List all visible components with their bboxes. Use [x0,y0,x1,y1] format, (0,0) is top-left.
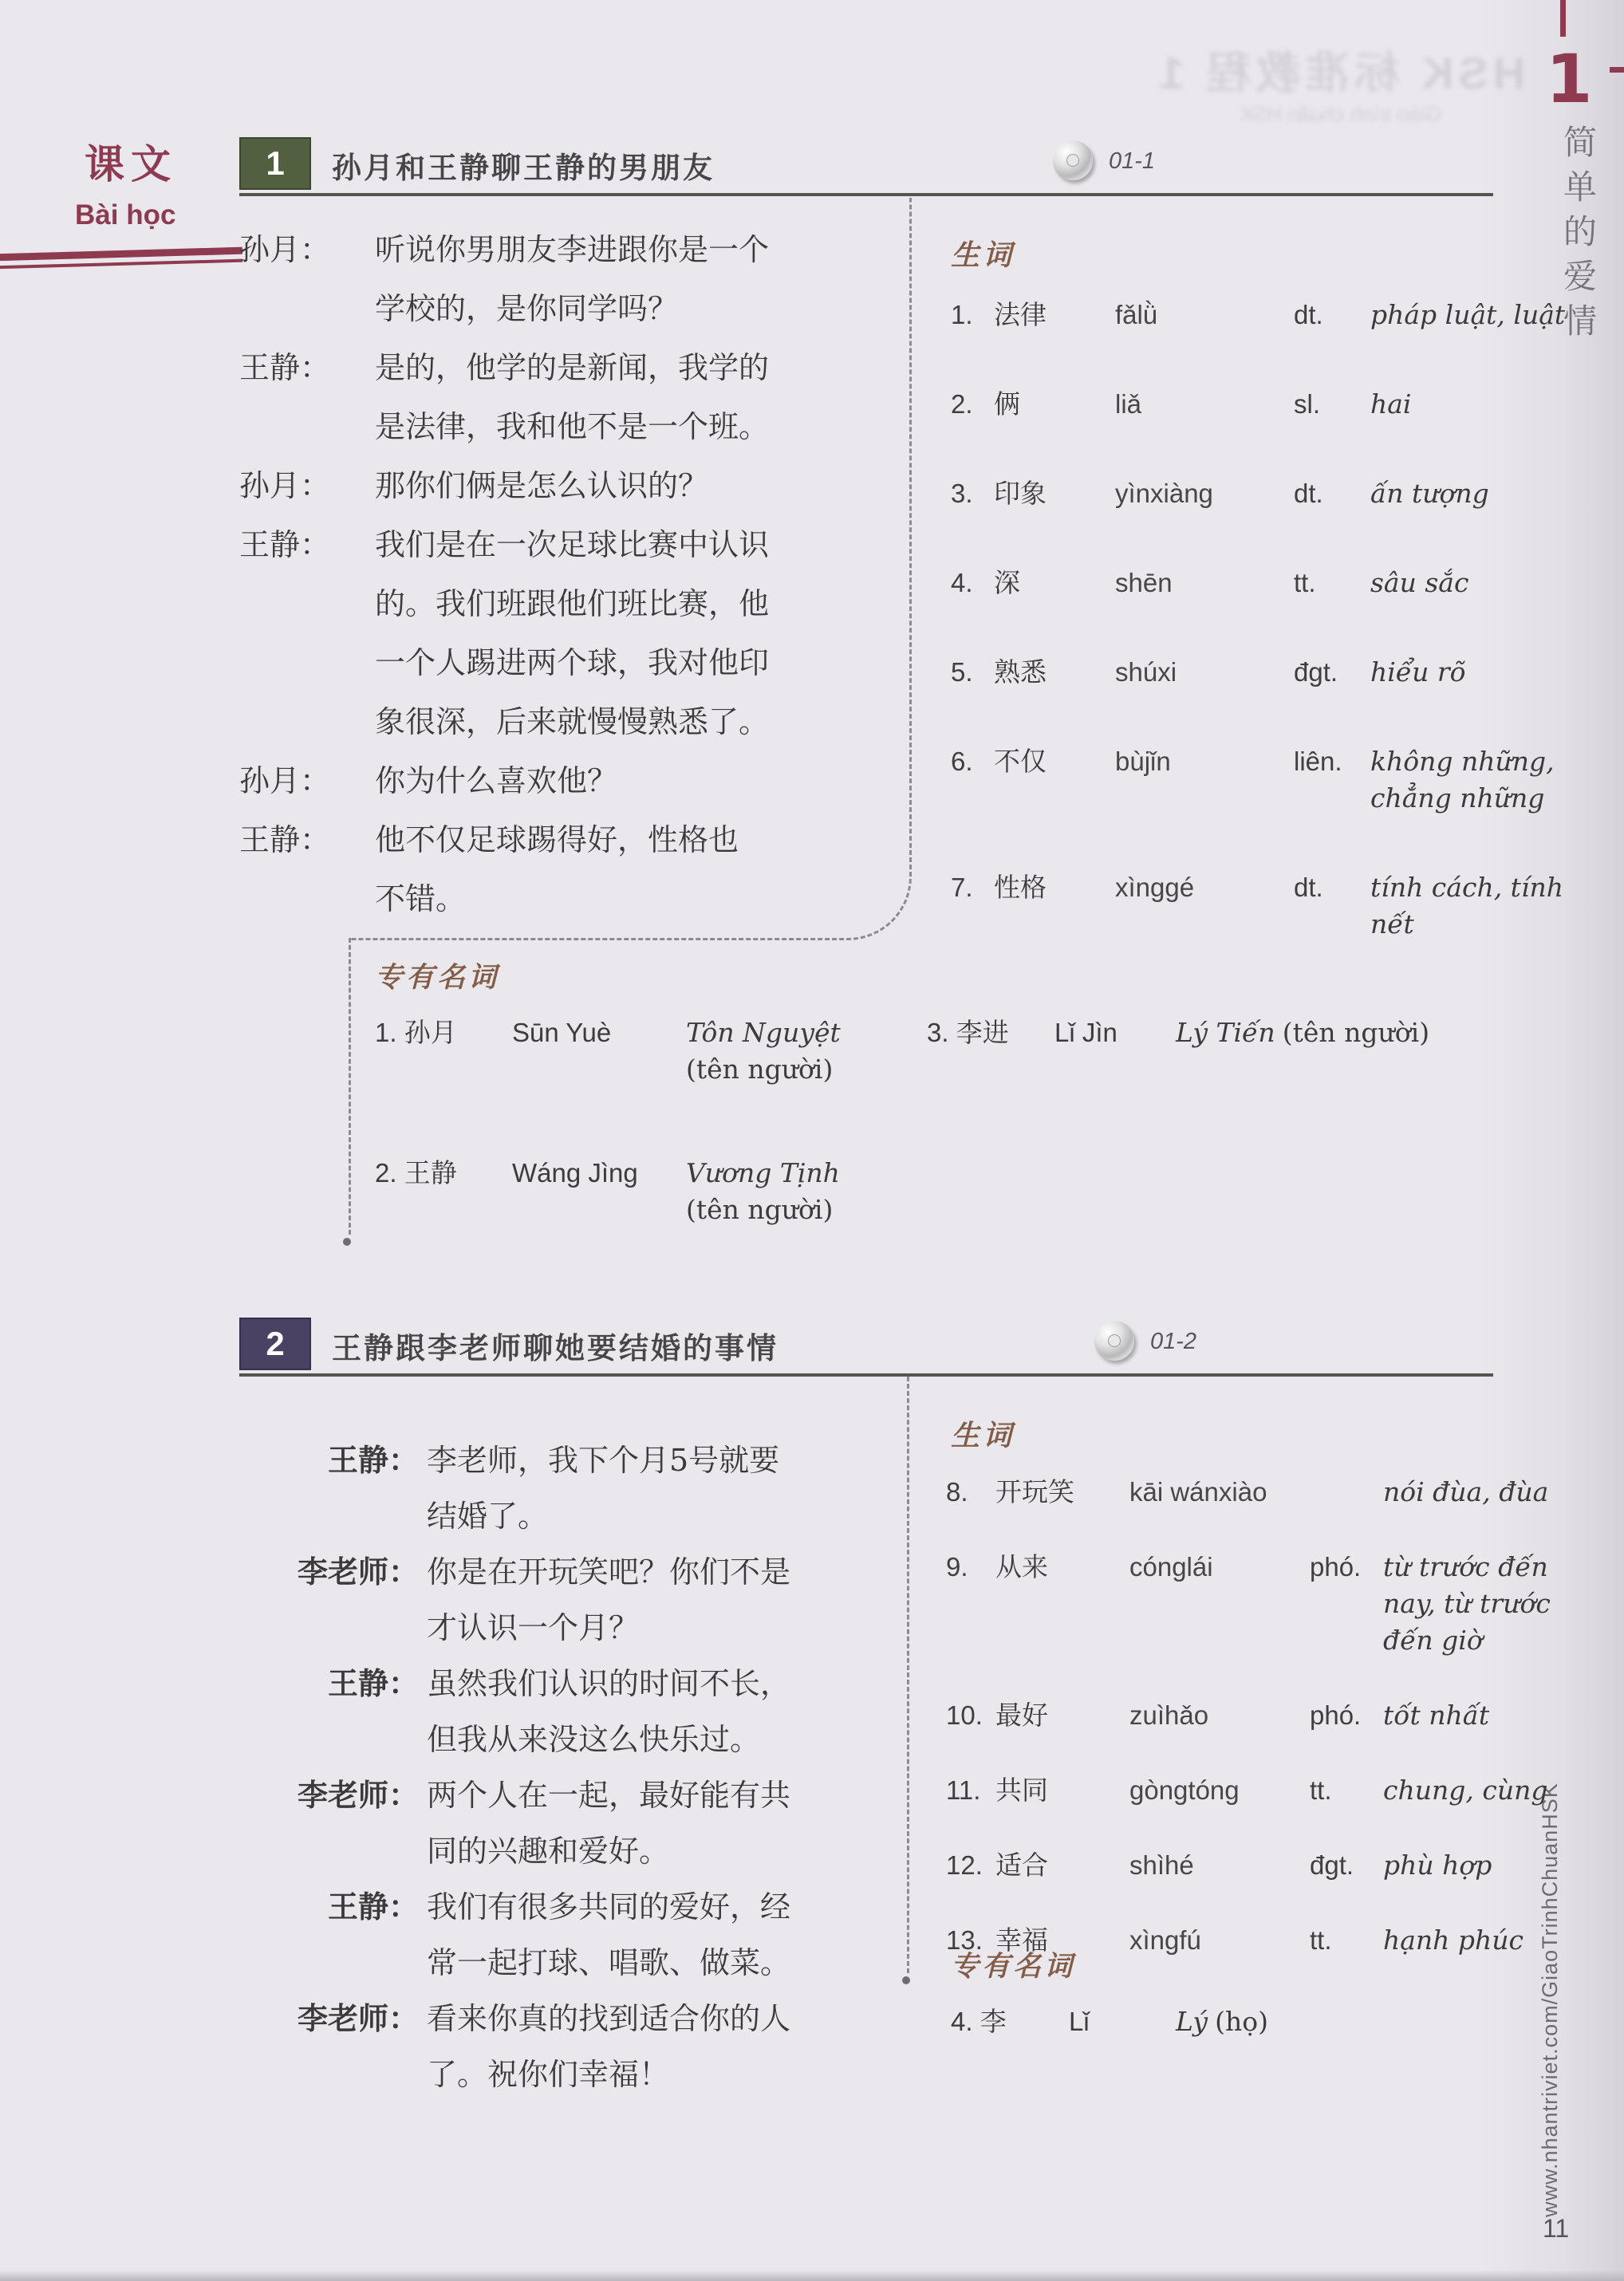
vocab-pinyin: cónglái [1129,1549,1310,1586]
dialogue-text: 你为什么喜欢他？ [367,751,890,810]
speaker-label: 王静： [239,810,367,928]
vocab-meaning: từ trước đến nay, từ trước đến giờ [1383,1549,1592,1659]
dashed-end-dot [902,1976,910,1984]
proper-pinyin: Lǐ [1069,2003,1176,2040]
proper-translation: Tôn Nguyệt (tên người) [686,1014,901,1088]
vocab-entry: 3.印象yìnxiàngdt.ấn tượng [951,475,1597,512]
margin-label-vietnamese: Bài học [75,199,175,231]
vocab-word: 印象 [994,475,1115,512]
proper-number-word: 3. 李进 [927,1014,1054,1051]
proper-viet-name: Lý [1176,2006,1208,2037]
dialogue-turn: 王静：我们有很多共同的爱好，经常一起打球、唱歌、做菜。 [223,1879,890,1991]
proper-list-2: 4. 李LǐLý (họ) [951,2003,1509,2107]
vocab-list-2: 8.开玩笑kāi wánxiàonói đùa, đùa9.从来cóngláip… [946,1474,1592,1997]
sidebar-tick-horizontal [1610,67,1624,73]
vocab-pos: tt. [1294,565,1370,601]
proper-note: (họ) [1215,2006,1268,2037]
vocab-number: 4. [951,565,994,601]
vocab-number: 3. [951,475,994,512]
vocab-meaning: phù hợp [1383,1847,1592,1884]
vocab-number: 1. [951,297,994,333]
dialogue-turn: 王静：是的，他学的是新闻，我学的是法律，我和他不是一个班。 [239,338,890,456]
vocab-word: 性格 [994,869,1115,906]
vocab-number: 8. [946,1474,995,1511]
margin-double-rule [0,247,242,270]
page-number: 11 [1543,2214,1569,2244]
vocab-pos: đgt. [1294,654,1370,691]
vocab-pinyin: xìnggé [1115,869,1294,906]
vocab-pinyin: fǎlǜ [1115,297,1294,333]
speaker-label: 孙月： [239,456,367,515]
dialogue-turn: 孙月：你为什么喜欢他？ [239,751,890,810]
margin-rule-thin [0,259,242,270]
vocab-pinyin: gòngtóng [1129,1772,1310,1809]
speaker-label: 李老师： [223,1544,419,1656]
dashed-border-proper-box [349,938,353,1235]
ghost-text-line1: HSK 标准教程 1 [1117,38,1563,102]
textbook-page: HSK 标准教程 1 Giáo trình chuẩn HSK 课文 Bài h… [0,0,1624,2281]
vocab-meaning: nói đùa, đùa [1383,1474,1592,1511]
sidebar-tick-vertical [1560,0,1566,37]
vocab-number: 2. [951,386,994,423]
section1-title: 孙月和王静聊王静的男朋友 [332,144,715,187]
vocab-meaning: ấn tượng [1370,475,1597,512]
vocab-entry: 2.俩liǎsl.hai [951,386,1597,423]
dialogue1: 孙月：听说你男朋友李进跟你是一个学校的，是你同学吗？王静：是的，他学的是新闻，我… [239,220,890,928]
vocab-word: 从来 [995,1549,1129,1586]
vocab-pos: liên. [1294,743,1370,780]
proper-list-1-col-a: 1. 孙月Sūn YuèTôn Nguyệt (tên người)2. 王静W… [375,1014,901,1295]
proper-pinyin: Sūn Yuè [512,1014,686,1051]
vocab-number: 11. [946,1772,995,1809]
section2-rule [239,1373,1493,1377]
dialogue-turn: 李老师：看来你真的找到适合你的人了。祝你们幸福！ [223,1991,890,2102]
vocab-pos: tt. [1310,1772,1383,1809]
lesson-number: 1 [1546,40,1592,118]
vocab-pos: dt. [1294,297,1370,333]
section1-number-box: 1 [239,137,311,190]
ghost-showthrough: HSK 标准教程 1 Giáo trình chuẩn HSK [1117,38,1563,127]
proper-noun-entry: 3. 李进Lǐ JìnLý Tiến (tên người) [927,1014,1501,1051]
vocab-word: 最好 [995,1697,1129,1734]
audio-track-label: 01-1 [1109,148,1155,175]
margin-label-chinese: 课文 [85,132,177,190]
section1-header: 1 孙月和王静聊王静的男朋友 01-1 [239,137,1493,188]
vocab-meaning: sâu sắc [1370,565,1597,601]
ghost-text-line2: Giáo trình chuẩn HSK [1117,102,1563,127]
vocab-pos: tt. [1310,1922,1383,1959]
dialogue-text: 李老师，我下个月5号就要结婚了。 [419,1432,890,1544]
vocab-number: 5. [951,654,994,691]
vocab-pos: phó. [1310,1697,1383,1734]
vocab-pinyin: yìnxiàng [1115,475,1294,512]
proper-heading-1: 专有名词 [375,955,499,995]
dialogue-text: 他不仅足球踢得好，性格也不错。 [367,810,890,928]
vocab-heading-1: 生词 [951,233,1015,274]
dialogue-text: 听说你男朋友李进跟你是一个学校的，是你同学吗？ [367,220,890,338]
section2-header: 2 王静跟李老师聊她要结婚的事情 01-2 [239,1318,1493,1369]
vocab-pinyin: liǎ [1115,386,1294,423]
dialogue-turn: 李老师：两个人在一起，最好能有共同的兴趣和爱好。 [223,1767,890,1879]
proper-translation: Lý Tiến (tên người) [1176,1014,1501,1051]
speaker-label: 李老师： [223,1991,419,2102]
vocab-pos: đgt. [1310,1847,1383,1884]
vocab-pinyin: bùjǐn [1115,743,1294,780]
speaker-label: 王静： [223,1656,419,1767]
vocab-pos: dt. [1294,475,1370,512]
vocab-number: 10. [946,1697,995,1734]
proper-list-1-col-b: 3. 李进Lǐ JìnLý Tiến (tên người) [927,1014,1501,1118]
proper-number-word: 2. 王静 [375,1155,512,1192]
proper-heading-2: 专有名词 [951,1944,1075,1984]
vocab-word: 熟悉 [994,654,1115,691]
vocab-entry: 7.性格xìnggédt.tính cách, tính nết [951,869,1597,943]
proper-note: (tên người) [686,1192,901,1228]
vocab-pos: dt. [1294,869,1370,906]
vocab-word: 开玩笑 [995,1474,1129,1511]
dialogue-turn: 孙月：听说你男朋友李进跟你是一个学校的，是你同学吗？ [239,220,890,338]
proper-viet-name: Lý Tiến [1176,1017,1275,1048]
vocab-word: 共同 [995,1772,1129,1809]
speaker-label: 王静： [239,515,367,751]
dashed-end-dot [343,1238,351,1246]
speaker-label: 孙月： [239,751,367,810]
proper-noun-entry: 1. 孙月Sūn YuèTôn Nguyệt (tên người) [375,1014,901,1088]
proper-translation: Lý (họ) [1176,2003,1509,2040]
dialogue-text: 看来你真的找到适合你的人了。祝你们幸福！ [419,1991,890,2102]
audio-track-label: 01-2 [1150,1329,1196,1355]
dialogue-text: 我们有很多共同的爱好，经常一起打球、唱歌、做菜。 [419,1879,890,1991]
dialogue-turn: 孙月：那你们俩是怎么认识的？ [239,456,890,515]
vocab-entry: 10.最好zuìhǎophó.tốt nhất [946,1697,1592,1734]
dialogue-text: 那你们俩是怎么认识的？ [367,456,890,515]
proper-note: (tên người) [1283,1017,1429,1048]
vocab-word: 不仅 [994,743,1115,780]
dashed-divider-section2 [907,1377,912,1973]
vocab-number: 6. [951,743,994,780]
vocab-entry: 1.法律fǎlǜdt.pháp luật, luật [951,297,1597,333]
proper-number-word: 1. 孙月 [375,1014,512,1051]
speaker-label: 孙月： [239,220,367,338]
vocab-entry: 9.从来cóngláiphó.từ trước đến nay, từ trướ… [946,1549,1592,1659]
proper-noun-entry: 2. 王静Wáng JìngVương Tịnh (tên người) [375,1155,901,1228]
vocab-pinyin: shúxi [1115,654,1294,691]
vocab-entry: 8.开玩笑kāi wánxiàonói đùa, đùa [946,1474,1592,1511]
proper-pinyin: Lǐ Jìn [1054,1014,1176,1051]
vocab-meaning: hiểu rõ [1370,654,1597,691]
proper-pinyin: Wáng Jìng [512,1155,686,1192]
page-bottom-edge [0,2270,1624,2281]
vocab-number: 12. [946,1847,995,1884]
dialogue-turn: 王静：虽然我们认识的时间不长，但我从来没这么快乐过。 [223,1656,890,1767]
section2-number-box: 2 [239,1318,311,1370]
dialogue-text: 我们是在一次足球比赛中认识的。我们班跟他们班比赛，他一个人踢进两个球，我对他印象… [367,515,890,751]
vocab-pinyin: xìngfú [1129,1922,1310,1959]
vocab-entry: 6.不仅bùjǐnliên.không những, chẳng những [951,743,1597,817]
dialogue-text: 是的，他学的是新闻，我学的是法律，我和他不是一个班。 [367,338,890,456]
margin-rule-thick [0,247,242,262]
dialogue-text: 你是在开玩笑吧？你们不是才认识一个月？ [419,1544,890,1656]
dialogue-text: 虽然我们认识的时间不长，但我从来没这么快乐过。 [419,1656,890,1767]
vocab-entry: 4.深shēntt.sâu sắc [951,565,1597,601]
vocab-number: 7. [951,869,994,906]
dialogue-turn: 王静：我们是在一次足球比赛中认识的。我们班跟他们班比赛，他一个人踢进两个球，我对… [239,515,890,751]
vocab-word: 深 [994,565,1115,601]
vocab-word: 适合 [995,1847,1129,1884]
speaker-label: 王静： [223,1879,419,1991]
dialogue-text: 两个人在一起，最好能有共同的兴趣和爱好。 [419,1767,890,1879]
vocab-meaning: pháp luật, luật [1370,297,1597,333]
dialogue-turn: 王静：李老师，我下个月5号就要结婚了。 [223,1432,890,1544]
proper-viet-name: Vương Tịnh [686,1157,840,1188]
vocab-meaning: không những, chẳng những [1370,743,1597,817]
vocab-number: 9. [946,1549,995,1586]
vocab-pinyin: shìhé [1129,1847,1310,1884]
vocab-pinyin: zuìhǎo [1129,1697,1310,1734]
vocab-word: 法律 [994,297,1115,333]
vocab-word: 俩 [994,386,1115,423]
section2-title: 王静跟李老师聊她要结婚的事情 [332,1324,778,1367]
proper-number-word: 4. 李 [951,2003,1069,2040]
speaker-label: 王静： [239,338,367,456]
vocab-entry: 11.共同gòngtóngtt.chung, cùng [946,1772,1592,1809]
proper-translation: Vương Tịnh (tên người) [686,1155,901,1228]
dialogue-turn: 王静：他不仅足球踢得好，性格也不错。 [239,810,890,928]
audio-cd-icon [1053,140,1093,180]
vocab-meaning: hai [1370,386,1597,423]
speaker-label: 王静： [223,1432,419,1544]
vocab-list-1: 1.法律fǎlǜdt.pháp luật, luật2.俩liǎsl.hai3.… [951,297,1597,995]
audio-cd-icon [1094,1321,1134,1361]
proper-noun-entry: 4. 李LǐLý (họ) [951,2003,1509,2040]
vocab-meaning: tốt nhất [1383,1697,1592,1734]
proper-note: (tên người) [686,1051,901,1088]
speaker-label: 李老师： [223,1767,419,1879]
vocab-entry: 5.熟悉shúxiđgt.hiểu rõ [951,654,1597,691]
vocab-pinyin: kāi wánxiào [1129,1474,1310,1511]
vocab-meaning: tính cách, tính nết [1370,869,1597,943]
vocab-entry: 12.适合shìhéđgt.phù hợp [946,1847,1592,1884]
dialogue-turn: 李老师：你是在开玩笑吧？你们不是才认识一个月？ [223,1544,890,1656]
vocab-heading-2: 生词 [951,1413,1015,1454]
vocab-pos: phó. [1310,1549,1383,1586]
vocab-pos: sl. [1294,386,1370,423]
vocab-meaning: chung, cùng [1383,1772,1592,1809]
vocab-meaning: hạnh phúc [1383,1922,1592,1959]
section1-rule [239,193,1493,196]
vocab-pinyin: shēn [1115,565,1294,601]
proper-viet-name: Tôn Nguyệt [686,1017,841,1048]
dialogue2: 王静：李老师，我下个月5号就要结婚了。李老师：你是在开玩笑吧？你们不是才认识一个… [223,1432,890,2102]
